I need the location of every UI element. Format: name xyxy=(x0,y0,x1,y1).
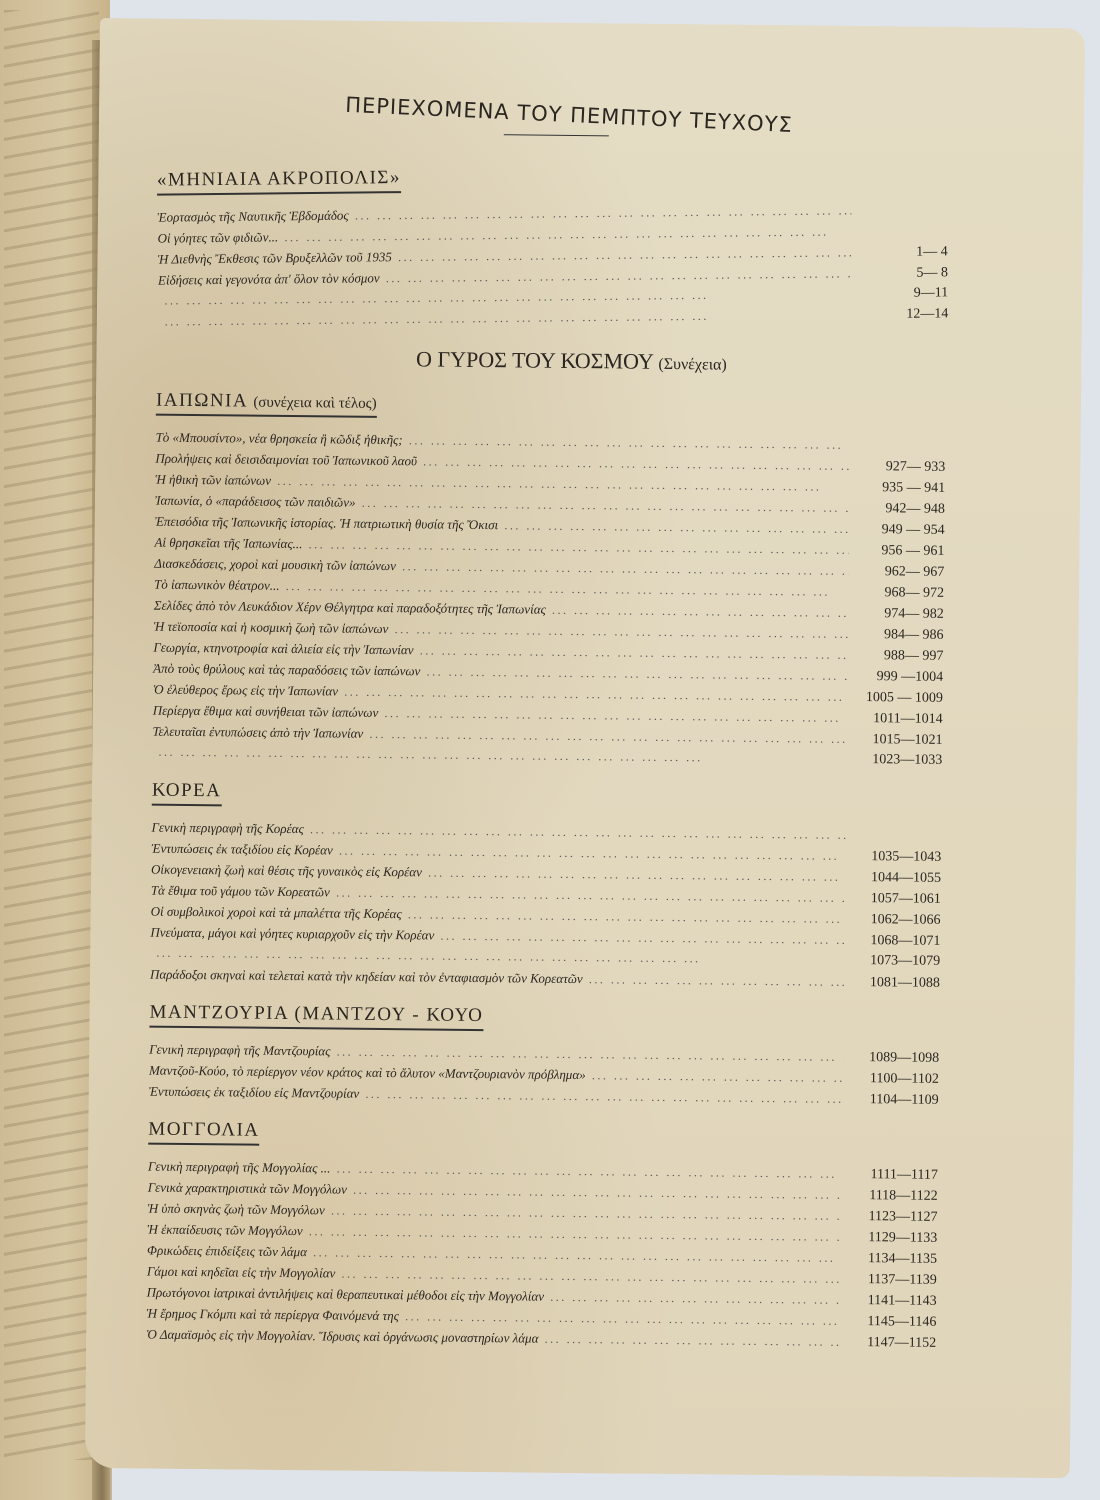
entry-title: Οἱ γόητες τῶν φιδιῶν... xyxy=(157,229,278,246)
dot-leader: ... ... ... ... ... ... ... ... ... ... … xyxy=(550,1291,841,1307)
entry-title: Ἡ ὑπὸ σκηνὰς ζωὴ τῶν Μογγόλων xyxy=(147,1201,324,1219)
entry-title: Ἰαπωνία, ὁ «παράδεισος τῶν παιδιῶν» xyxy=(155,493,356,511)
entry-title: Οἱ συμβολικοὶ χοροὶ καὶ τὰ μπαλέττα τῆς … xyxy=(151,904,402,923)
section-heading: ΙΑΠΩΝΙΑ (συνέχεια καὶ τέλος) xyxy=(156,390,377,418)
entry-title: Γενικὴ περιγραφὴ τῆς Μογγολίας ... xyxy=(148,1159,331,1177)
entry-pages: 1081—1088 xyxy=(850,975,940,992)
entry-pages: 1073—1079 xyxy=(850,953,940,970)
dot-leader: ... ... ... ... ... ... ... ... ... ... … xyxy=(405,1310,841,1328)
entry-pages: 5— 8 xyxy=(858,265,948,282)
entry-pages: 999 —1004 xyxy=(853,669,943,686)
entry-list: Τὸ «Μπουσίντο», νέα θρησκεία ἢ κῶδιξ ἠθι… xyxy=(152,430,945,774)
entry-list: Ἑορτασμὸς τῆς Ναυτικῆς Ἑβδομάδος... ... … xyxy=(157,201,948,335)
entry-pages: 1011—1014 xyxy=(853,711,943,728)
entry-pages: 1044—1055 xyxy=(851,870,941,887)
entry-pages xyxy=(856,449,946,450)
entry-title: Ἡ τεϊοποσία καὶ ἡ κοσμικὴ ζωὴ τῶν ἰαπώνω… xyxy=(154,619,389,637)
part-heading: Ο ΓΥΡΟΣ ΤΟΥ ΚΟΣΜΟΥ (Συνέχεια) xyxy=(196,344,946,378)
dot-leader: ... ... ... ... ... ... ... ... ... ... … xyxy=(361,497,849,515)
entry-pages: 956 — 961 xyxy=(854,543,944,560)
entry-pages: 1111—1117 xyxy=(848,1167,938,1184)
entry-pages: 1062—1066 xyxy=(851,912,941,929)
entry-pages: 935 — 941 xyxy=(855,480,945,497)
entry-pages: 1— 4 xyxy=(858,244,948,261)
section-mongolia: ΜΟΓΓΟΛΙΑ Γενικὴ περιγραφὴ τῆς Μογγολίας … xyxy=(146,1105,939,1356)
entry-title: Μαντζοῦ-Κούο, τὸ περίεργον νέον κράτος κ… xyxy=(149,1063,586,1084)
entry-title: Παράδοξοι σκηναὶ καὶ τελεταὶ κατὰ τὴν κη… xyxy=(150,967,583,988)
entry-pages: 1145—1146 xyxy=(846,1314,936,1331)
entry-title: Τὸ «Μπουσίντο», νέα θρησκεία ἢ κῶδιξ ἠθι… xyxy=(156,430,403,449)
dot-leader: ... ... ... ... ... ... ... ... ... ... … xyxy=(589,973,844,989)
entry-pages: 927— 933 xyxy=(855,459,945,476)
dot-leader: ... ... ... ... ... ... ... ... ... ... … xyxy=(331,1204,842,1222)
facing-page-text xyxy=(4,10,99,1460)
entry-title: Ἡ Διεθνὴς Ἔκθεσις τῶν Βρυξελλῶν τοῦ 1935 xyxy=(158,249,392,267)
entry-list: Γενικὴ περιγραφὴ τῆς Κορέας... ... ... .… xyxy=(150,820,942,996)
heading-text: ΙΑΠΩΝΙΑ xyxy=(156,390,247,412)
entry-pages: 968— 972 xyxy=(854,585,944,602)
entry-title: Ἐντυπώσεις ἐκ ταξιδίου εἰς Μαντζουρίαν xyxy=(149,1084,360,1102)
dot-leader: ... ... ... ... ... ... ... ... ... ... … xyxy=(504,519,849,536)
dot-leader: ... ... ... ... ... ... ... ... ... ... … xyxy=(284,225,851,244)
entry-title: Ἑορτασμὸς τῆς Ναυτικῆς Ἑβδομάδος xyxy=(157,208,349,226)
dot-leader: ... ... ... ... ... ... ... ... ... ... … xyxy=(313,1246,841,1265)
entry-pages: 1137—1139 xyxy=(847,1272,937,1289)
dot-leader: ... ... ... ... ... ... ... ... ... ... … xyxy=(310,823,846,842)
dot-leader: ... ... ... ... ... ... ... ... ... ... … xyxy=(402,560,848,578)
entry-title: Γενικὰ χαρακτηριστικὰ τῶν Μογγόλων xyxy=(148,1180,347,1198)
section-heading: ΜΑΝΤΖΟΥΡΙΑ (ΜΑΝΤΖΟΥ - ΚΟΥΟ xyxy=(149,1002,483,1031)
entry-pages: 1118—1122 xyxy=(848,1188,938,1205)
entry-title: Ἡ ἐκπαίδευσις τῶν Μογγόλων xyxy=(147,1222,303,1240)
entry-title: Προλήψεις καὶ δεισιδαιμονίαι τοῦ Ἰαπωνικ… xyxy=(155,451,417,470)
dot-leader: ... ... ... ... ... ... ... ... ... ... … xyxy=(544,1333,840,1349)
entry-pages xyxy=(857,213,947,214)
entry-pages: 1005 — 1009 xyxy=(853,690,943,707)
dot-leader: ... ... ... ... ... ... ... ... ... ... … xyxy=(386,267,852,285)
entry-title: Ὁ ἐλεύθερος ἔρως εἰς τὴν Ἰαπωνίαν xyxy=(153,682,338,700)
entry-pages: 984— 986 xyxy=(853,627,943,644)
dot-leader: ... ... ... ... ... ... ... ... ... ... … xyxy=(339,845,846,863)
dot-leader: ... ... ... ... ... ... ... ... ... ... … xyxy=(336,887,845,905)
entry-title: Περίεργα ἔθιμα καὶ συνήθειαι τῶν ἰαπώνων xyxy=(153,703,379,721)
section-korea: ΚΟΡΕΑ Γενικὴ περιγραφὴ τῆς Κορέας... ...… xyxy=(150,766,942,996)
entry-pages: 988— 997 xyxy=(853,648,943,665)
entry-title: Γενικὴ περιγραφὴ τῆς Μαντζουρίας xyxy=(149,1042,330,1060)
entry-pages: 1141—1143 xyxy=(847,1293,937,1310)
entry-list: Γενικὴ περιγραφὴ τῆς Μαντζουρίας... ... … xyxy=(149,1042,940,1113)
dot-leader: ... ... ... ... ... ... ... ... ... ... … xyxy=(355,204,852,222)
entry-list: Γενικὴ περιγραφὴ τῆς Μογγολίας ...... ..… xyxy=(146,1159,938,1356)
entry-pages: 1100—1102 xyxy=(849,1071,939,1088)
entry-pages: 1129—1133 xyxy=(847,1230,937,1247)
entry-title: Φρικώδεις ἐπιδείξεις τῶν λάμα xyxy=(147,1243,307,1261)
contents: ΠΕΡΙΕΧΟΜΕΝΑ ΤΟΥ ΠΕΜΠΤΟΥ ΤΕΥΧΟΥΣ «ΜΗΝΙΑΙΑ… xyxy=(146,99,949,1356)
dot-leader: ... ... ... ... ... ... ... ... ... ... … xyxy=(341,1268,841,1286)
entry-title: Διασκεδάσεις, χοροὶ καὶ μουσικὴ τῶν ἰαπώ… xyxy=(154,556,396,575)
part-heading-sub: (Συνέχεια) xyxy=(658,356,727,374)
part-heading-text: Ο ΓΥΡΟΣ ΤΟΥ ΚΟΣΜΟΥ xyxy=(416,346,653,373)
dot-leader: ... ... ... ... ... ... ... ... ... ... … xyxy=(552,604,848,620)
heading-sub: (συνέχεια καὶ τέλος) xyxy=(253,395,376,412)
entry-title: Ἀπὸ τοὺς θρύλους καὶ τὰς παραδόσεις τῶν … xyxy=(153,661,420,680)
entry-title: Γενικὴ περιγραφὴ τῆς Κορέας xyxy=(151,820,303,838)
entry-pages: 1134—1135 xyxy=(847,1251,937,1268)
entry-pages: 1068—1071 xyxy=(850,933,940,950)
entry-pages: 1015—1021 xyxy=(852,732,942,749)
dot-leader: ... ... ... ... ... ... ... ... ... ... … xyxy=(408,908,845,926)
dot-leader: ... ... ... ... ... ... ... ... ... ... … xyxy=(308,538,848,557)
entry-pages: 9—11 xyxy=(858,285,948,302)
entry-pages: 1147—1152 xyxy=(846,1335,936,1352)
dot-leader: ... ... ... ... ... ... ... ... ... ... … xyxy=(428,866,845,883)
entry-title: Αἱ θρησκεῖαι τῆς Ἰαπωνίας... xyxy=(154,535,302,553)
entry-title: Τὰ ἔθιμα τοῦ γάμου τῶν Κορεατῶν xyxy=(151,883,330,901)
entry-title: Σελίδες ἀπὸ τὸν Λευκάδιον Χέρν Θέλγητρα … xyxy=(154,598,546,618)
dot-leader: ... ... ... ... ... ... ... ... ... ... … xyxy=(365,1088,843,1106)
entry-pages: 949 — 954 xyxy=(855,522,945,539)
entry-title: Ἐντυπώσεις ἐκ ταξιδίου εἰς Κορέαν xyxy=(151,841,333,859)
dot-leader: ... ... ... ... ... ... ... ... ... ... … xyxy=(419,644,847,661)
dot-leader: ... ... ... ... ... ... ... ... ... ... … xyxy=(398,246,852,264)
section-manchuria: ΜΑΝΤΖΟΥΡΙΑ (ΜΑΝΤΖΟΥ - ΚΟΥΟ Γενικὴ περιγρ… xyxy=(149,988,940,1113)
entry-pages: 1035—1043 xyxy=(851,849,941,866)
entry-pages: 1089—1098 xyxy=(849,1050,939,1067)
entry-title: Οἰκογενειακὴ ζωὴ καὶ θέσις τῆς γυναικὸς … xyxy=(151,862,422,881)
dot-leader: ... ... ... ... ... ... ... ... ... ... … xyxy=(309,1225,842,1244)
entry-pages: 962— 967 xyxy=(854,564,944,581)
section-akropolis: «ΜΗΝΙΑΙΑ ΑΚΡΟΠΟΛΙΣ» Ἑορτασμὸς τῆς Ναυτικ… xyxy=(157,147,949,335)
entry-pages: 1123—1127 xyxy=(847,1209,937,1226)
dot-leader: ... ... ... ... ... ... ... ... ... ... … xyxy=(285,580,848,599)
entry-title: Ἡ ἔρημος Γκόμπι καὶ τὰ περίεργα Φαινόμεν… xyxy=(146,1306,399,1325)
entry-title: Γάμοι καὶ κηδεῖαι εἰς τὴν Μογγολίαν xyxy=(147,1264,336,1282)
entry-title: Τελευταῖαι ἐντυπώσεις ἀπὸ τὴν Ἰαπωνίαν xyxy=(152,724,363,742)
dot-leader: ... ... ... ... ... ... ... ... ... ... … xyxy=(440,930,844,947)
entry-pages: 1057—1061 xyxy=(851,891,941,908)
entry-title: Γεωργία, κτηνοτροφία καὶ ἁλιεία εἰς τὴν … xyxy=(153,640,413,659)
entry-title: Εἰδήσεις καὶ γεγονότα ἀπ' ὅλον τὸν κόσμο… xyxy=(158,270,380,288)
entry-pages: 1023—1033 xyxy=(852,752,942,769)
dot-leader: ... ... ... ... ... ... ... ... ... ... … xyxy=(369,728,846,746)
entry-pages: 1104—1109 xyxy=(849,1092,939,1109)
dot-leader: ... ... ... ... ... ... ... ... ... ... … xyxy=(394,623,847,641)
dot-leader: ... ... ... ... ... ... ... ... ... ... … xyxy=(336,1046,843,1064)
entry-pages: 974— 982 xyxy=(854,606,944,623)
dot-leader: ... ... ... ... ... ... ... ... ... ... … xyxy=(409,434,850,452)
entry-title: Ὁ Δαμαϊσμὸς εἰς τὴν Μογγολίαν. Ἵδρυσις κ… xyxy=(146,1327,538,1347)
contents-page: ΠΕΡΙΕΧΟΜΕΝΑ ΤΟΥ ΠΕΜΠΤΟΥ ΤΕΥΧΟΥΣ «ΜΗΝΙΑΙΑ… xyxy=(85,18,1085,1478)
dot-leader: ... ... ... ... ... ... ... ... ... ... … xyxy=(592,1069,843,1085)
entry-pages: 942— 948 xyxy=(855,501,945,518)
section-heading: ΜΟΓΓΟΛΙΑ xyxy=(148,1119,260,1146)
dot-leader: ... ... ... ... ... ... ... ... ... ... … xyxy=(384,707,847,725)
entry-title: Ἐπεισόδια τῆς Ἰαπωνικῆς ἱστορίας. Ἡ πατρ… xyxy=(155,514,499,534)
section-heading: ΚΟΡΕΑ xyxy=(152,780,222,807)
dot-leader: ... ... ... ... ... ... ... ... ... ... … xyxy=(344,686,847,704)
dot-leader: ... ... ... ... ... ... ... ... ... ... … xyxy=(336,1163,842,1181)
entry-pages xyxy=(858,234,948,235)
entry-pages xyxy=(851,839,941,840)
entry-title: Τὸ ἰαπωνικὸν θέατρον... xyxy=(154,577,280,594)
dot-leader: ... ... ... ... ... ... ... ... ... ... … xyxy=(353,1184,842,1202)
entry-title: Πρωτόγονοι ἰατρικαὶ ἀντιλήψεις καὶ θεραπ… xyxy=(147,1285,545,1305)
entry-title: Ἡ ἠθικὴ τῶν ἰαπώνων xyxy=(155,472,271,489)
dot-leader: ... ... ... ... ... ... ... ... ... ... … xyxy=(423,455,850,472)
dot-leader: ... ... ... ... ... ... ... ... ... ... … xyxy=(277,475,849,494)
entry-title: Πνεύματα, μάγοι καὶ γόητες κυριαρχοῦν εἰ… xyxy=(150,925,434,944)
entry-pages: 12—14 xyxy=(858,306,948,323)
title-rule xyxy=(504,134,609,136)
section-heading: «ΜΗΝΙΑΙΑ ΑΚΡΟΠΟΛΙΣ» xyxy=(157,167,401,196)
section-japan: ΙΑΠΩΝΙΑ (συνέχεια καὶ τέλος) Τὸ «Μπουσίν… xyxy=(152,376,946,774)
dot-leader: ... ... ... ... ... ... ... ... ... ... … xyxy=(426,665,847,682)
